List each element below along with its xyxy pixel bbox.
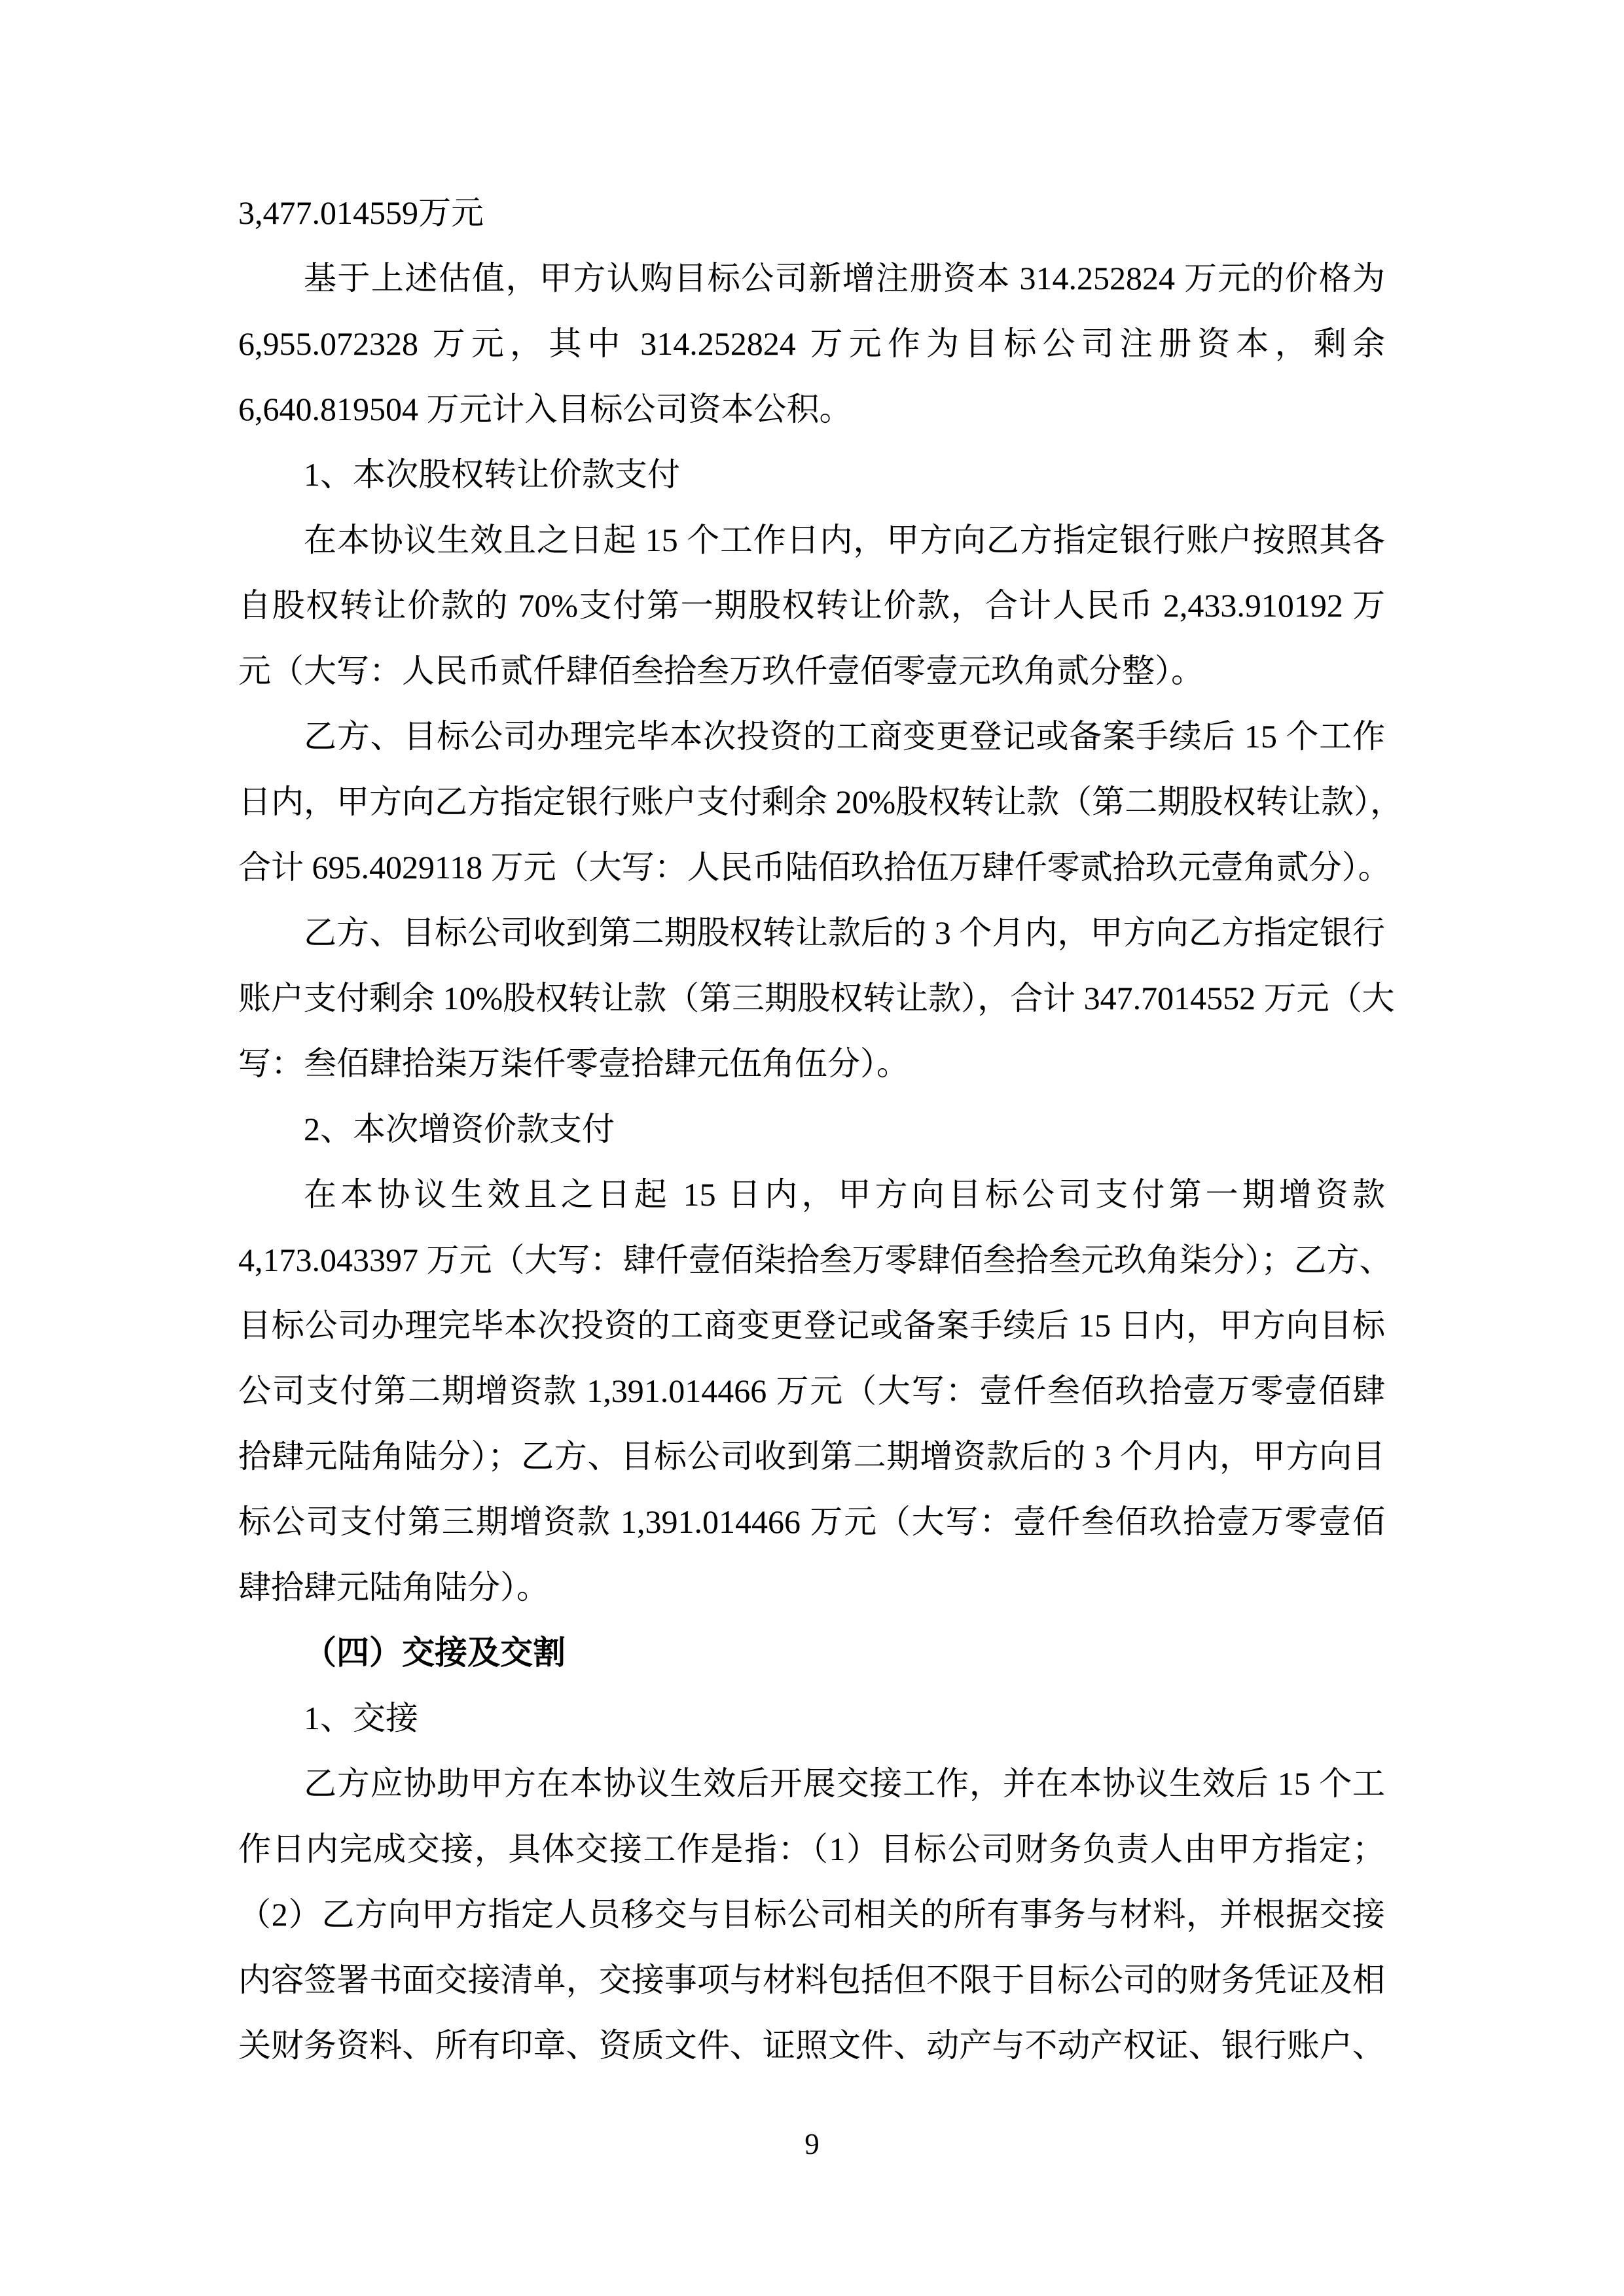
text-line: 基于上述估值，甲方认购目标公司新增注册资本 314.252824 万元的价格为: [238, 245, 1385, 311]
list-item-heading: 2、本次增资价款支付: [238, 1096, 1385, 1162]
text-line: 在本协议生效且之日起 15 日内，甲方向目标公司支付第一期增资款: [238, 1162, 1385, 1227]
text-line: 乙方应协助甲方在本协议生效后开展交接工作，并在本协议生效后 15 个工: [238, 1751, 1385, 1816]
text-line: 关财务资料、所有印章、资质文件、证照文件、动产与不动产权证、银行账户、: [238, 2013, 1385, 2078]
section-heading: （四）交接及交割: [238, 1620, 1385, 1685]
text-line: 自股权转让价款的 70%支付第一期股权转让价款，合计人民币 2,433.9101…: [238, 573, 1385, 638]
document-body: 3,477.014559万元 基于上述估值，甲方认购目标公司新增注册资本 314…: [238, 180, 1385, 2078]
text-line: 乙方、目标公司办理完毕本次投资的工商变更登记或备案手续后 15 个工作: [238, 704, 1385, 769]
text-line: 肆拾肆元陆角陆分）。: [238, 1554, 1385, 1620]
text-line: 作日内完成交接，具体交接工作是指：（1）目标公司财务负责人由甲方指定；: [238, 1816, 1385, 1882]
text-line: 6,955.072328 万元，其中 314.252824 万元作为目标公司注册…: [238, 311, 1385, 376]
page-number: 9: [0, 2128, 1624, 2160]
text-line: 合计 695.4029118 万元（大写：人民币陆佰玖拾伍万肆仟零贰拾玖元壹角贰…: [238, 834, 1385, 900]
text-line: 拾肆元陆角陆分）；乙方、目标公司收到第二期增资款后的 3 个月内，甲方向目: [238, 1424, 1385, 1489]
text-line: 目标公司办理完毕本次投资的工商变更登记或备案手续后 15 日内，甲方向目标: [238, 1293, 1385, 1358]
text-line: 在本协议生效且之日起 15 个工作日内，甲方向乙方指定银行账户按照其各: [238, 507, 1385, 573]
document-page: 3,477.014559万元 基于上述估值，甲方认购目标公司新增注册资本 314…: [0, 0, 1624, 2296]
text-line: 公司支付第二期增资款 1,391.014466 万元（大写：壹仟叁佰玖拾壹万零壹…: [238, 1358, 1385, 1424]
text-line: 6,640.819504 万元计入目标公司资本公积。: [238, 376, 1385, 442]
list-item-heading: 1、本次股权转让价款支付: [238, 442, 1385, 507]
text-line: 账户支付剩余 10%股权转让款（第三期股权转让款），合计 347.7014552…: [238, 965, 1385, 1031]
text-line: 4,173.043397 万元（大写：肆仟壹佰柒拾叁万零肆佰叁拾叁元玖角柒分）；…: [238, 1227, 1385, 1293]
text-line: 写：叁佰肆拾柒万柒仟零壹拾肆元伍角伍分）。: [238, 1031, 1385, 1096]
text-line: （2）乙方向甲方指定人员移交与目标公司相关的所有事务与材料，并根据交接: [238, 1882, 1385, 1947]
text-line: 元（大写：人民币贰仟肆佰叁拾叁万玖仟壹佰零壹元玖角贰分整）。: [238, 638, 1385, 704]
text-line: 乙方、目标公司收到第二期股权转让款后的 3 个月内，甲方向乙方指定银行: [238, 900, 1385, 965]
list-item-heading: 1、交接: [238, 1685, 1385, 1751]
text-line: 标公司支付第三期增资款 1,391.014466 万元（大写：壹仟叁佰玖拾壹万零…: [238, 1489, 1385, 1554]
text-line: 日内，甲方向乙方指定银行账户支付剩余 20%股权转让款（第二期股权转让款），: [238, 769, 1385, 834]
text-line: 3,477.014559万元: [238, 180, 1385, 245]
text-line: 内容签署书面交接清单，交接事项与材料包括但不限于目标公司的财务凭证及相: [238, 1947, 1385, 2013]
